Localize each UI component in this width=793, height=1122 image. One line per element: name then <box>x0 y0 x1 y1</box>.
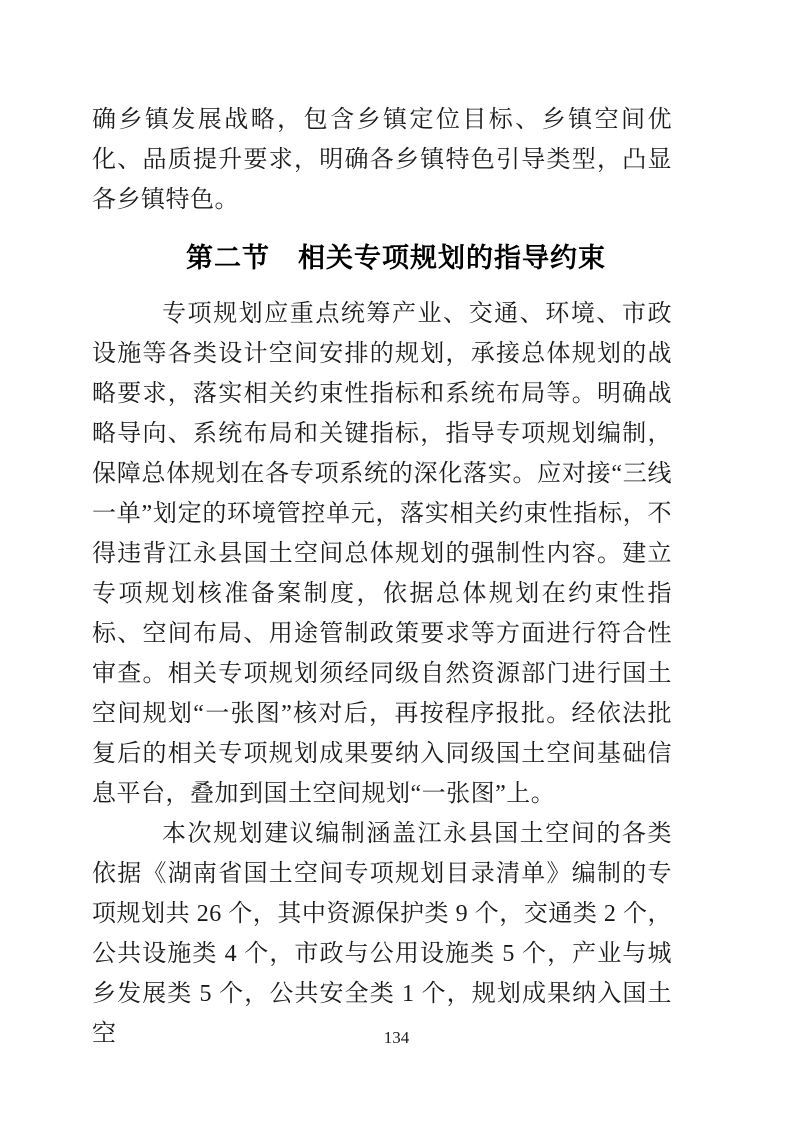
paragraph-continuation: 确乡镇发展战略，包含乡镇定位目标、乡镇空间优化、品质提升要求，明确各乡镇特色引导… <box>92 100 672 220</box>
page-content: 确乡镇发展战略，包含乡镇定位目标、乡镇空间优化、品质提升要求，明确各乡镇特色引导… <box>92 100 672 1054</box>
page-number: 134 <box>0 1028 793 1048</box>
section-heading: 第二节 相关专项规划的指导约束 <box>106 235 686 281</box>
paragraph-planning-catalog: 本次规划建议编制涵盖江永县国土空间的各类依据《湖南省国土空间专项规划目录清单》编… <box>92 814 672 1054</box>
paragraph-specialized-planning-guidance: 专项规划应重点统筹产业、交通、环境、市政设施等各类设计空间安排的规划，承接总体规… <box>92 294 672 814</box>
document-page: 确乡镇发展战略，包含乡镇定位目标、乡镇空间优化、品质提升要求，明确各乡镇特色引导… <box>0 0 793 1122</box>
